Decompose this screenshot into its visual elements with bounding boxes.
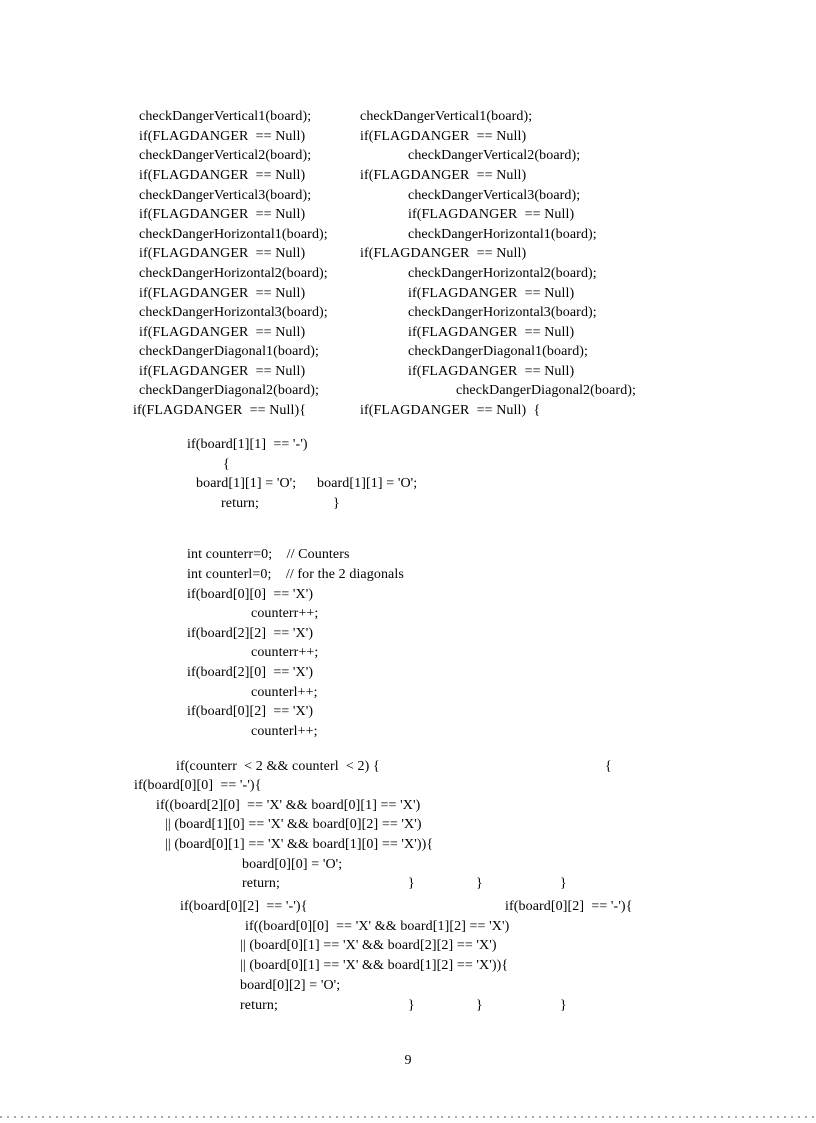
code-line: checkDangerVertical3(board);checkDangerV… [0,186,816,206]
code-segment: board[1][1] = 'O'; [196,474,296,494]
code-segment: if(FLAGDANGER == Null) [360,127,526,147]
code-segment: if(FLAGDANGER == Null) [139,127,305,147]
code-segment: checkDangerDiagonal1(board); [139,342,319,362]
code-line: if(board[2][2] == 'X') [0,624,816,644]
code-line: if(FLAGDANGER == Null)if(FLAGDANGER == N… [0,362,816,382]
code-line: if(FLAGDANGER == Null)if(FLAGDANGER == N… [0,127,816,147]
code-line: checkDangerVertical1(board);checkDangerV… [0,107,816,127]
code-segment: if(board[2][0] == 'X') [187,663,313,683]
code-segment: return; [242,874,280,894]
code-segment: if(board[0][0] == 'X') [187,585,313,605]
code-segment: if(FLAGDANGER == Null) [408,362,574,382]
code-line: if(FLAGDANGER == Null)if(FLAGDANGER == N… [0,166,816,186]
code-segment: counterr++; [251,643,318,663]
code-segment: checkDangerHorizontal3(board); [408,303,597,323]
code-line: if(board[0][2] == 'X') [0,702,816,722]
code-segment: } [408,874,415,894]
code-segment: } [476,996,483,1016]
code-segment: if(FLAGDANGER == Null) [408,284,574,304]
document-page: checkDangerVertical1(board);checkDangerV… [0,0,816,1123]
code-segment: if(FLAGDANGER == Null) [139,166,305,186]
code-segment: board[0][0] = 'O'; [242,855,342,875]
code-segment: checkDangerVertical1(board); [360,107,532,127]
code-segment: if(board[0][2] == '-'){ [505,897,633,917]
code-segment: if((board[0][0] == 'X' && board[1][2] ==… [245,917,509,937]
code-line: || (board[0][1] == 'X' && board[1][0] ==… [0,835,816,855]
code-segment: return; [221,494,259,514]
code-segment: || (board[0][1] == 'X' && board[2][2] ==… [240,936,497,956]
code-segment: checkDangerHorizontal1(board); [139,225,328,245]
code-line: if(counterr < 2 && counterl < 2) {{ [0,757,816,777]
code-line: int counterr=0; // Counters [0,545,816,565]
code-line: if(board[1][1] == '-') [0,435,816,455]
code-segment: if(board[0][2] == '-'){ [180,897,308,917]
code-line: if(board[0][0] == 'X') [0,585,816,605]
code-segment: checkDangerDiagonal2(board); [456,381,636,401]
code-segment: if((board[2][0] == 'X' && board[0][1] ==… [156,796,420,816]
code-segment: return; [240,996,278,1016]
code-segment: if(FLAGDANGER == Null){ [133,401,306,421]
code-segment: } [408,996,415,1016]
code-segment: { [605,757,612,777]
code-line: checkDangerHorizontal3(board);checkDange… [0,303,816,323]
code-line: checkDangerDiagonal2(board);checkDangerD… [0,381,816,401]
code-line: if(FLAGDANGER == Null)if(FLAGDANGER == N… [0,244,816,264]
code-segment: || (board[1][0] == 'X' && board[0][2] ==… [165,815,422,835]
code-segment: || (board[0][1] == 'X' && board[1][0] ==… [165,835,433,855]
code-line: if(FLAGDANGER == Null){if(FLAGDANGER == … [0,401,816,421]
code-segment: checkDangerDiagonal1(board); [408,342,588,362]
code-segment: if(FLAGDANGER == Null) [408,205,574,225]
code-segment: checkDangerHorizontal2(board); [408,264,597,284]
code-segment: checkDangerVertical3(board); [139,186,311,206]
code-line: if(FLAGDANGER == Null)if(FLAGDANGER == N… [0,284,816,304]
code-line: counterr++; [0,643,816,663]
code-line: if((board[2][0] == 'X' && board[0][1] ==… [0,796,816,816]
code-segment: if(FLAGDANGER == Null) [139,323,305,343]
code-line: || (board[0][1] == 'X' && board[1][2] ==… [0,956,816,976]
code-segment: checkDangerDiagonal2(board); [139,381,319,401]
code-line: return;} [0,494,816,514]
code-line: checkDangerDiagonal1(board);checkDangerD… [0,342,816,362]
code-segment: board[1][1] = 'O'; [317,474,417,494]
code-segment: if(FLAGDANGER == Null) { [360,401,540,421]
code-line: if(FLAGDANGER == Null)if(FLAGDANGER == N… [0,323,816,343]
code-segment: } [560,996,567,1016]
code-segment: || (board[0][1] == 'X' && board[1][2] ==… [240,956,508,976]
code-segment: board[0][2] = 'O'; [240,976,340,996]
code-segment: if(FLAGDANGER == Null) [139,244,305,264]
code-segment: if(FLAGDANGER == Null) [139,362,305,382]
code-line: return;}}} [0,996,816,1016]
code-segment: checkDangerHorizontal1(board); [408,225,597,245]
code-line: if(board[0][0] == '-'){ [0,776,816,796]
code-segment: } [333,494,340,514]
code-segment: if(FLAGDANGER == Null) [408,323,574,343]
code-segment: if(FLAGDANGER == Null) [360,166,526,186]
code-segment: checkDangerHorizontal3(board); [139,303,328,323]
code-line: return;}}} [0,874,816,894]
code-segment: { [223,455,230,475]
code-segment: counterl++; [251,722,318,742]
code-segment: if(board[0][2] == 'X') [187,702,313,722]
code-segment: counterl++; [251,683,318,703]
code-segment: if(FLAGDANGER == Null) [139,284,305,304]
code-line: if(board[0][2] == '-'){if(board[0][2] ==… [0,897,816,917]
code-segment: if(FLAGDANGER == Null) [139,205,305,225]
code-line: board[0][0] = 'O'; [0,855,816,875]
code-line: if(board[2][0] == 'X') [0,663,816,683]
code-segment: checkDangerVertical2(board); [408,146,580,166]
code-segment: } [476,874,483,894]
code-segment: if(board[1][1] == '-') [187,435,308,455]
code-line: if(FLAGDANGER == Null)if(FLAGDANGER == N… [0,205,816,225]
code-line: { [0,455,816,475]
code-line: checkDangerVertical2(board);checkDangerV… [0,146,816,166]
code-segment: checkDangerVertical1(board); [139,107,311,127]
code-line: board[0][2] = 'O'; [0,976,816,996]
code-line: if((board[0][0] == 'X' && board[1][2] ==… [0,917,816,937]
code-document: checkDangerVertical1(board);checkDangerV… [0,0,816,1123]
code-line: int counterl=0; // for the 2 diagonals [0,565,816,585]
code-segment: counterr++; [251,604,318,624]
code-segment: checkDangerVertical3(board); [408,186,580,206]
code-line: checkDangerHorizontal2(board);checkDange… [0,264,816,284]
page-break-divider [0,1116,816,1118]
code-segment: checkDangerHorizontal2(board); [139,264,328,284]
code-line: board[1][1] = 'O';board[1][1] = 'O'; [0,474,816,494]
code-segment: if(FLAGDANGER == Null) [360,244,526,264]
page-number: 9 [0,1051,816,1071]
code-line: counterr++; [0,604,816,624]
code-line: || (board[1][0] == 'X' && board[0][2] ==… [0,815,816,835]
code-segment: if(counterr < 2 && counterl < 2) { [176,757,380,777]
code-segment: if(board[0][0] == '-'){ [134,776,262,796]
code-segment: int counterl=0; // for the 2 diagonals [187,565,404,585]
code-line: || (board[0][1] == 'X' && board[2][2] ==… [0,936,816,956]
code-segment: int counterr=0; // Counters [187,545,350,565]
code-line: checkDangerHorizontal1(board);checkDange… [0,225,816,245]
code-line: counterl++; [0,683,816,703]
code-segment: if(board[2][2] == 'X') [187,624,313,644]
code-segment: } [560,874,567,894]
code-segment: checkDangerVertical2(board); [139,146,311,166]
code-line: counterl++; [0,722,816,742]
